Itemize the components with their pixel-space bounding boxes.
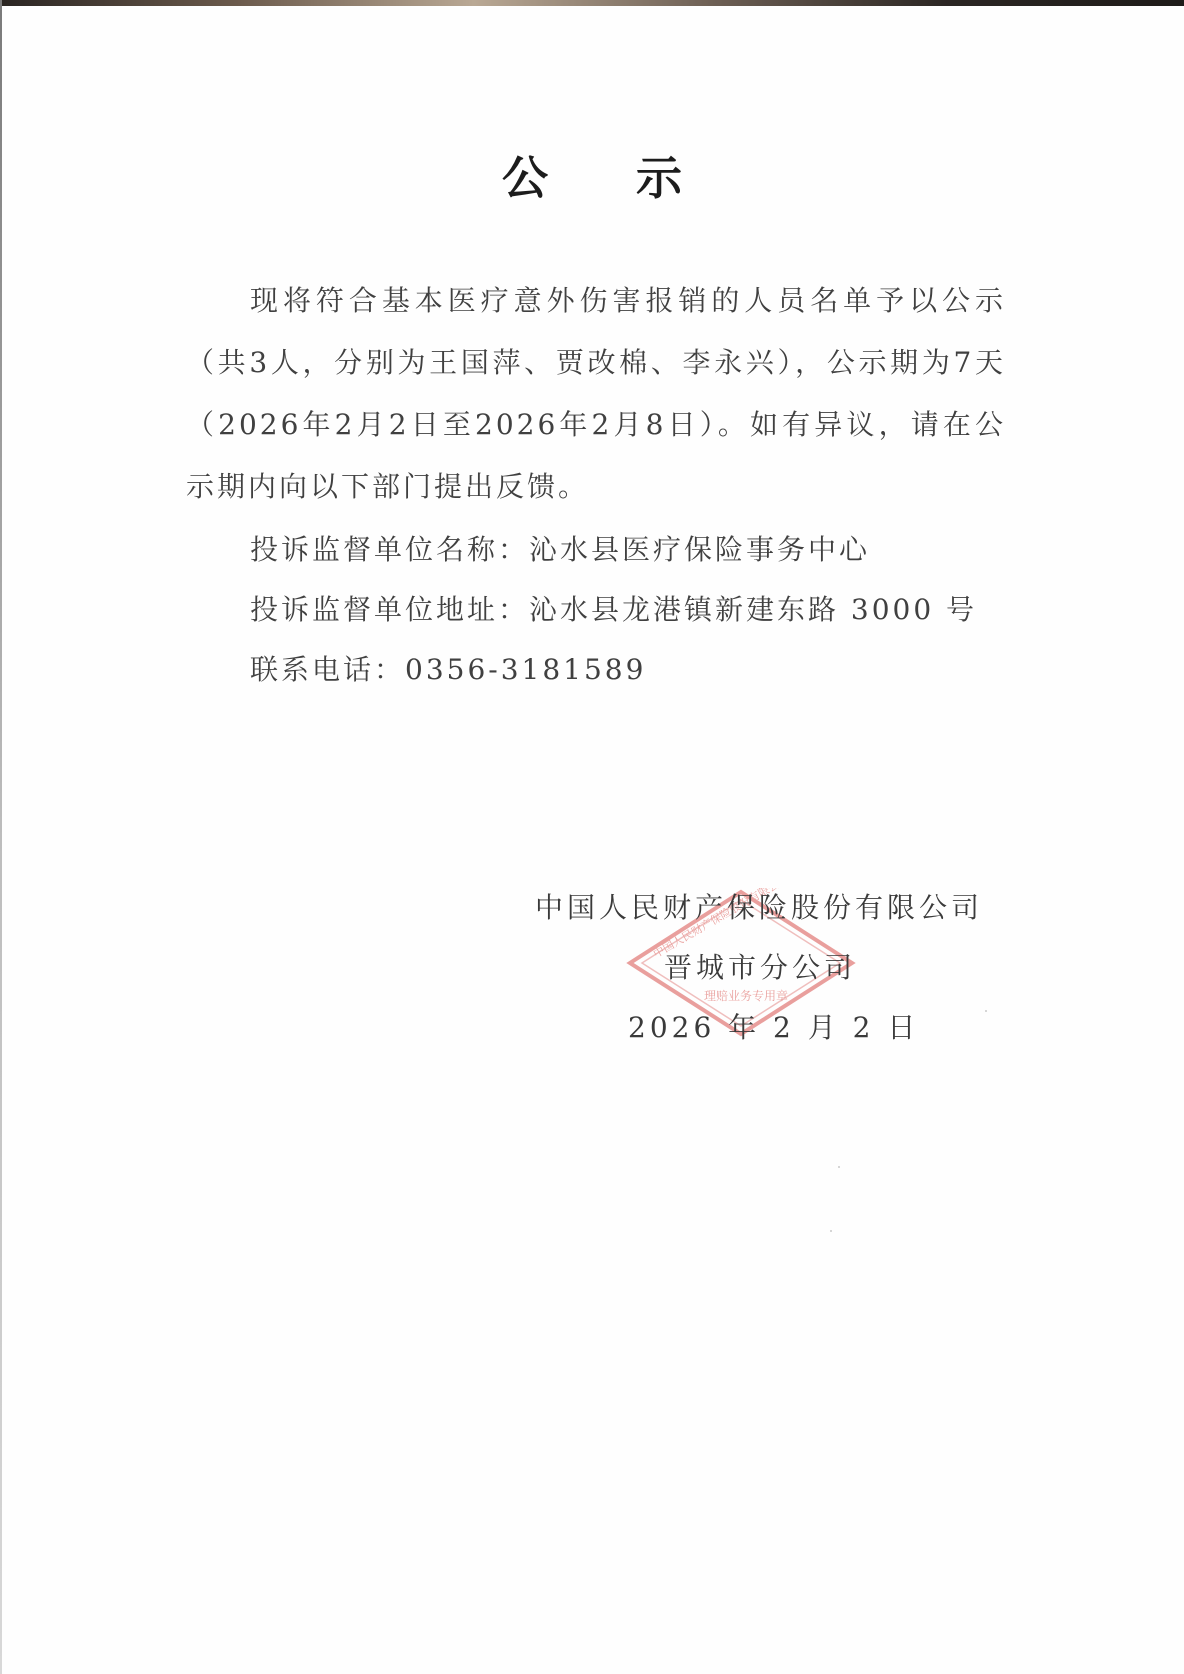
signature-branch: 晋城市分公司 [664,946,856,986]
photo-left-edge [0,0,2,1674]
paper-speck [830,1230,832,1232]
notice-paragraph: 现将符合基本医疗意外伤害报销的人员名单予以公示（共3人，分别为王国萍、贾改棉、李… [186,270,1006,518]
document-title: 公 示 [0,142,1184,208]
signature-date: 2026 年 2 月 2 日 [628,1006,919,1046]
seal-text-bottom: 理赔业务专用章 [704,988,788,1003]
complaint-unit-address: 投诉监督单位地址：沁水县龙港镇新建东路 3000 号 [250,588,977,628]
complaint-unit-name: 投诉监督单位名称：沁水县医疗保险事务中心 [250,528,870,568]
paper-speck [838,1166,840,1168]
paper-speck [985,1010,987,1012]
signature-company: 中国人民财产保险股份有限公司 [535,886,983,926]
contact-phone: 联系电话：0356-3181589 [250,648,646,688]
paper-sheet [2,5,1184,1674]
photo-top-edge [0,0,1184,6]
